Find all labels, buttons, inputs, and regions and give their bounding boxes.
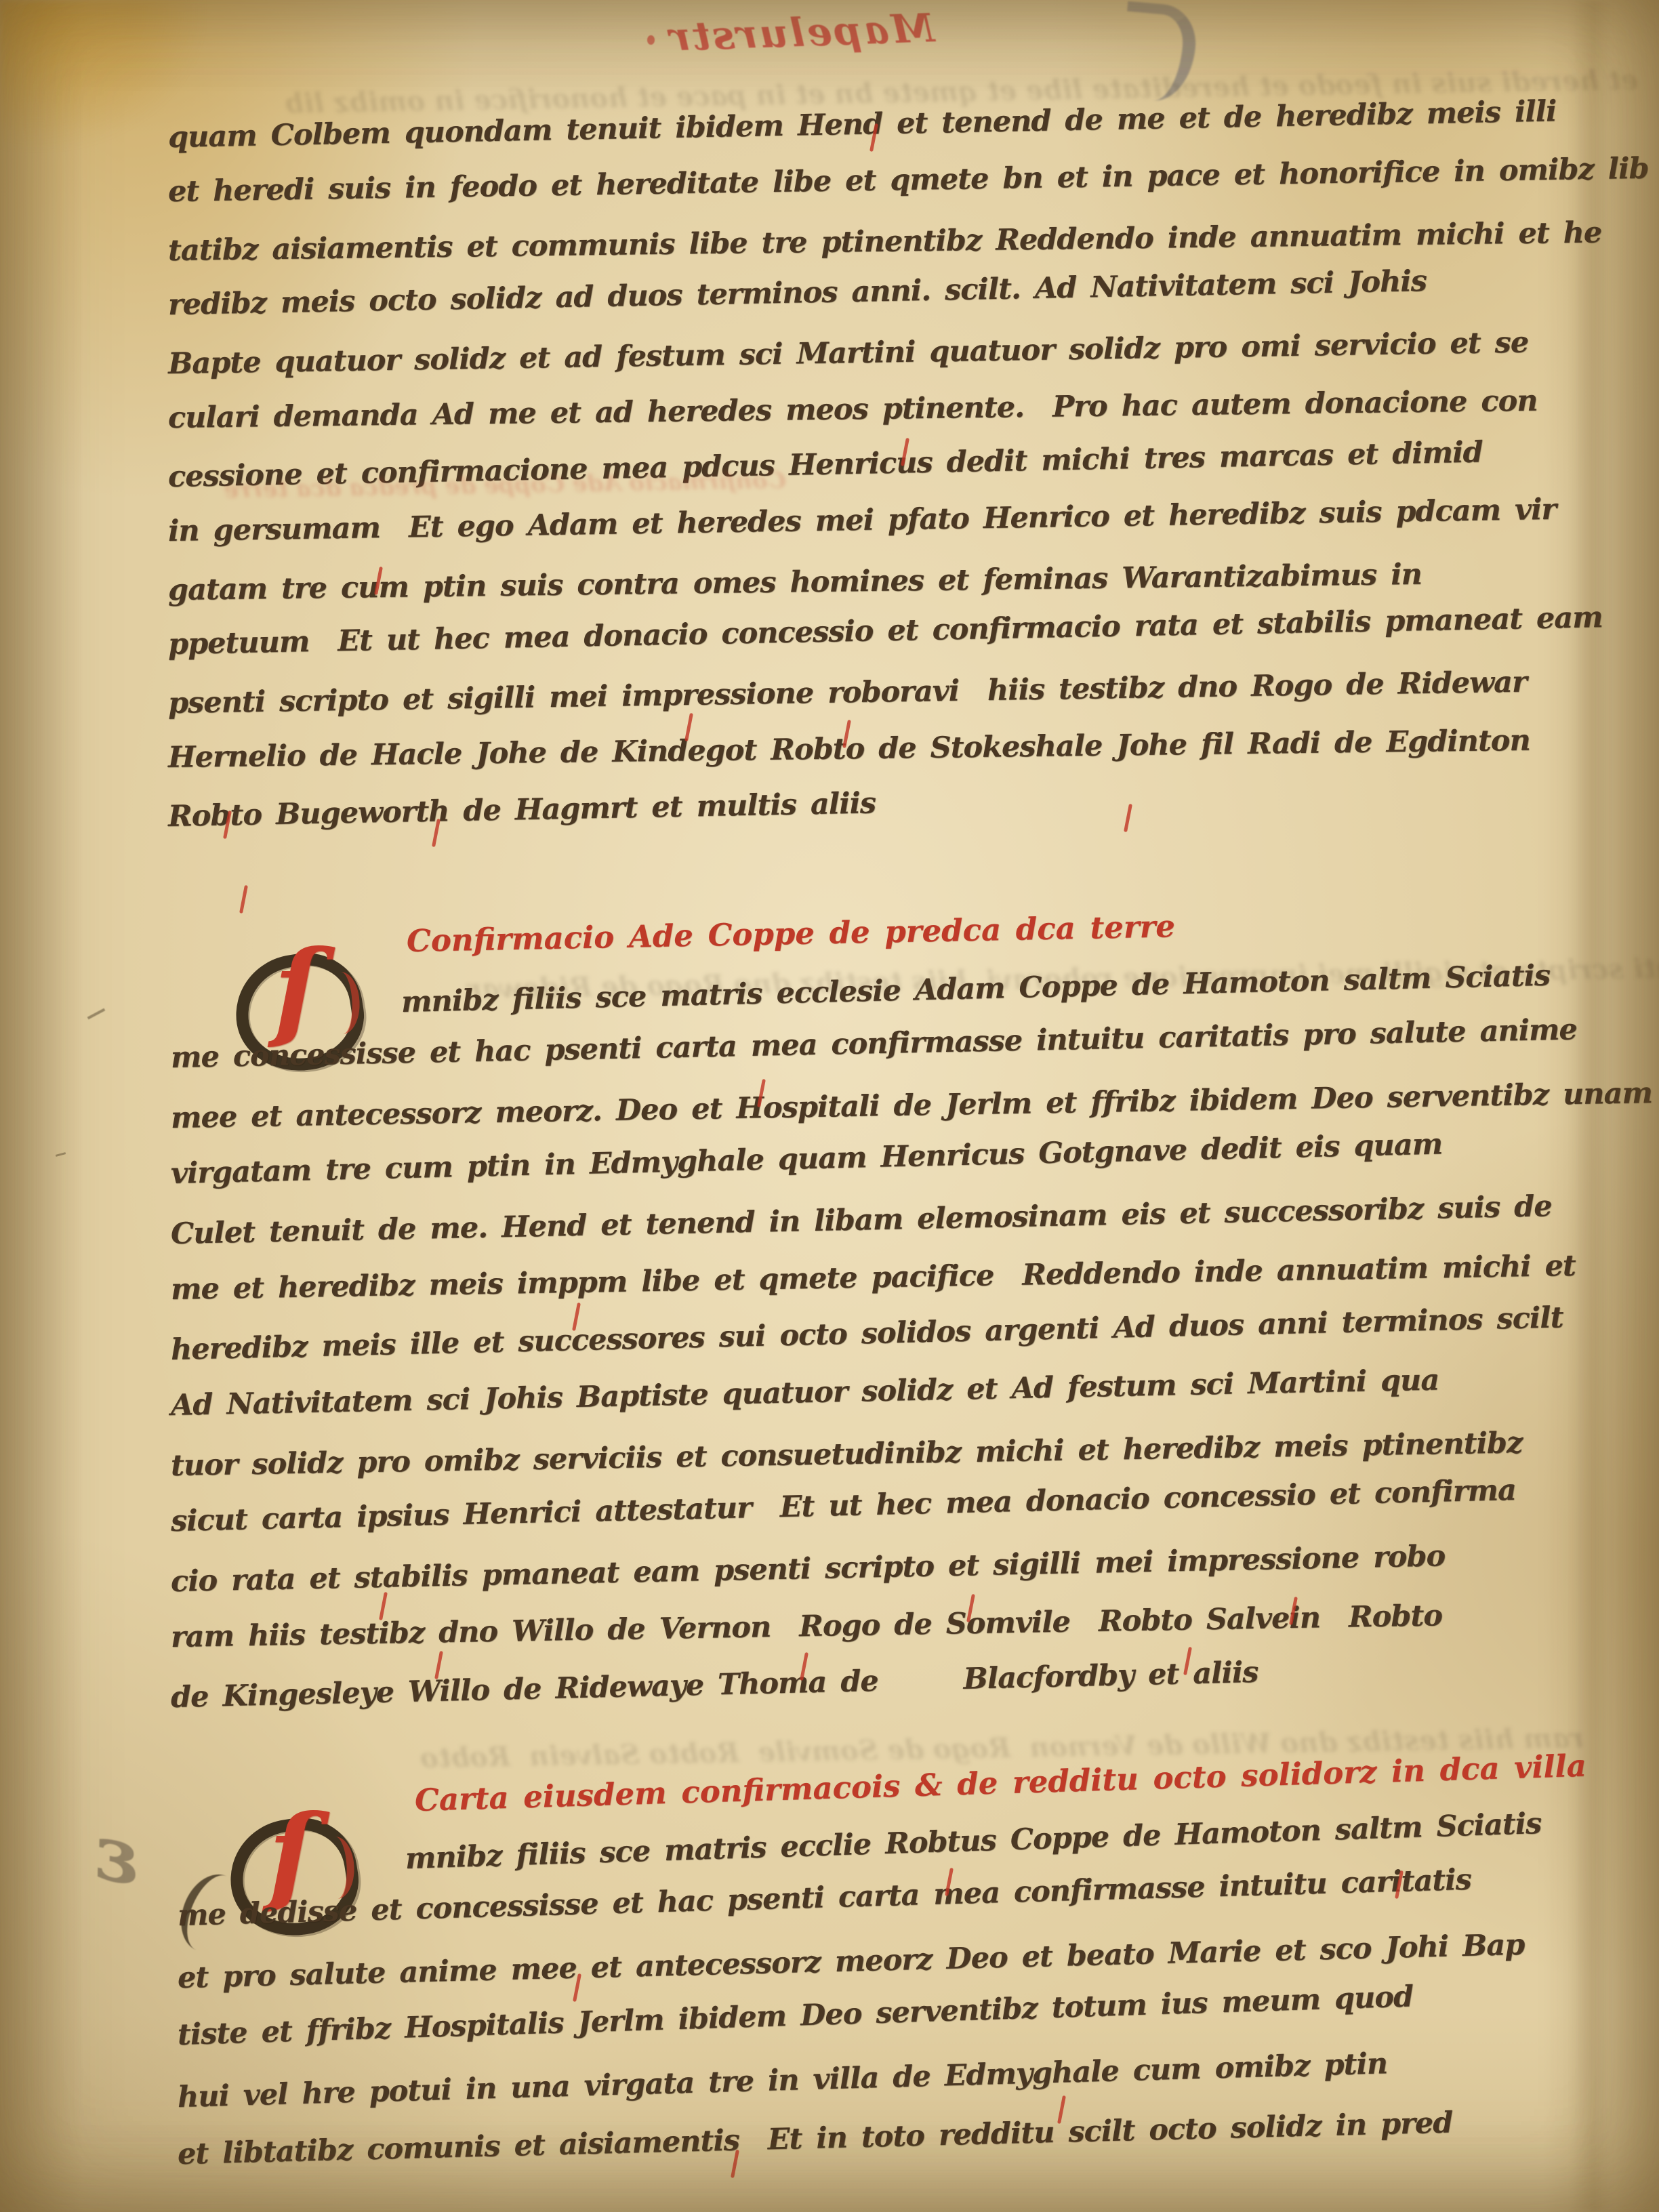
text-line: mee et antecessorz meorz. Deo et Hospita… xyxy=(171,1076,1653,1135)
text-line: heredibz meis ille et successores sui oc… xyxy=(170,1300,1563,1367)
margin-mark xyxy=(56,1152,66,1157)
text-line: me et heredibz meis imppm libe et qmete … xyxy=(171,1248,1576,1306)
text-line: ram hiis testibz dno Willo de Vernon Rog… xyxy=(171,1599,1443,1654)
text-line: tatibz aisiamentis et communis libe tre … xyxy=(168,216,1602,268)
text-line: Bapte quatuor solidz et ad festum sci Ma… xyxy=(168,325,1529,381)
text-line: de Kingesleye Willo de Ridewaye Thoma de… xyxy=(170,1656,1258,1715)
text-line: hui vel hre potui in una virgata tre in … xyxy=(177,2047,1387,2114)
text-line: cio rata et stabilis pmaneat eam psenti … xyxy=(170,1539,1445,1599)
text-line: et libtatibz comunis et aisiamentis Et i… xyxy=(177,2106,1452,2171)
text-line: ppetuum Et ut hec mea donacio concessio … xyxy=(168,600,1603,661)
text-line: virgatam tre cum ptin in Edmyghale quam … xyxy=(170,1127,1442,1191)
text-line: me dedisse et concessisse et hac psenti … xyxy=(177,1863,1471,1933)
margin-curl-mark: ɛ xyxy=(86,1807,150,1903)
text-line: me concessisse et hac psenti carta mea c… xyxy=(170,1012,1577,1075)
text-line: et heredi suis in feodo et hereditate li… xyxy=(168,151,1649,208)
text-line: psenti scripto et sigilli mei impression… xyxy=(168,665,1527,720)
manuscript-page: Mapelurstr Confirmacio Ade Coppe de pred… xyxy=(0,0,1659,2212)
text-line: tiste et ffribz Hospitalis Jerlm ibidem … xyxy=(177,1980,1414,2052)
text-line: gatam tre cum ptin suis contra omes homi… xyxy=(168,558,1422,607)
initial-red-flourish: ſ xyxy=(274,927,320,1052)
rubric-heading-1: Confirmacio Ade Coppe de predca dca terr… xyxy=(406,908,1175,959)
text-line: sicut carta ipsius Henrici attestatur Et… xyxy=(170,1473,1516,1538)
text-line: culari demanda Ad me et ad heredes meos … xyxy=(168,384,1538,434)
text-line: Culet tenuit de me. Hend et tenend in li… xyxy=(170,1189,1552,1251)
text-line: tuor solidz pro omibz serviciis et consu… xyxy=(171,1426,1523,1483)
text-line: Ad Nativitatem sci Johis Baptiste quatuo… xyxy=(170,1363,1439,1422)
text-line: redibz meis octo solidz ad duos terminos… xyxy=(168,264,1427,322)
rubrication-mark xyxy=(1124,804,1132,832)
rubrication-mark xyxy=(239,885,248,914)
margin-mark xyxy=(87,1008,106,1020)
running-title-showthrough: Mapelurstr xyxy=(667,5,935,60)
red-dot-mark xyxy=(647,35,655,45)
text-line: Robto Bugeworth de Hagmrt et multis alii… xyxy=(168,786,876,834)
